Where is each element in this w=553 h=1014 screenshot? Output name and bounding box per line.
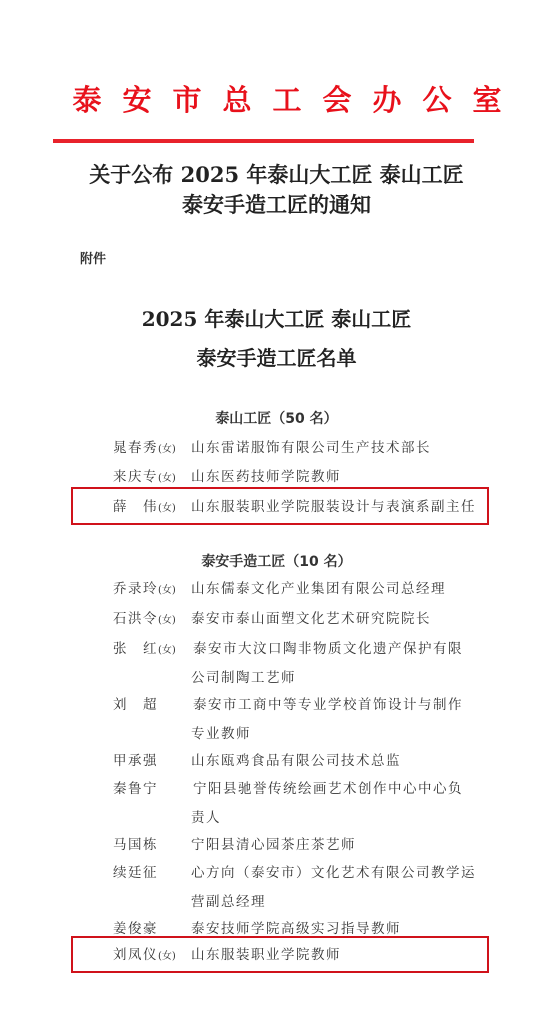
- person-title-continued: 专业教师: [191, 724, 251, 744]
- attachment-label: 附件: [80, 248, 106, 267]
- person-name: 张 红(女): [113, 639, 183, 661]
- list-item: 张 红(女) 泰安市大汶口陶非物质文化遗产保护有限: [113, 639, 183, 661]
- list-item: 晁春秀(女) 山东雷诺服饰有限公司生产技术部长: [113, 438, 183, 460]
- list-item: 石洪令(女) 泰安市泰山面塑文化艺术研究院院长: [113, 609, 183, 631]
- list-item-highlighted: 刘凤仪(女) 山东服装职业学院教师: [113, 945, 183, 967]
- person-name: 马国栋: [113, 835, 183, 855]
- section-heading-taishan-craftsman: 泰山工匠（50 名）: [0, 408, 553, 428]
- list-title-line1: 2025 年泰山大工匠 泰山工匠: [0, 304, 553, 334]
- person-name: 刘 超: [113, 695, 183, 715]
- notice-title-line1: 关于公布 2025 年泰山大工匠 泰山工匠: [0, 160, 553, 190]
- person-title: 宁阳县清心园茶庄茶艺师: [191, 835, 356, 855]
- person-name: 薛 伟(女): [113, 497, 183, 519]
- person-name: 甲承强: [113, 751, 183, 771]
- person-name: 乔录玲(女): [113, 579, 183, 601]
- person-title: 泰安市大汶口陶非物质文化遗产保护有限: [193, 639, 463, 659]
- person-name: 来庆专(女): [113, 467, 183, 489]
- person-title: 山东医药技师学院教师: [191, 467, 341, 487]
- person-title-continued: 公司制陶工艺师: [191, 668, 296, 688]
- person-title: 泰安市工商中等专业学校首饰设计与制作: [193, 695, 463, 715]
- list-item: 来庆专(女) 山东医药技师学院教师: [113, 467, 183, 489]
- person-title: 山东服装职业学院教师: [191, 945, 341, 965]
- person-title-continued: 责人: [191, 808, 221, 828]
- list-title-line2: 泰安手造工匠名单: [0, 343, 553, 373]
- person-title: 心方向（泰安市）文化艺术有限公司教学运: [191, 863, 476, 883]
- list-item: 甲承强 山东瓯鸡食品有限公司技术总监: [113, 751, 183, 771]
- list-item: 乔录玲(女) 山东儒泰文化产业集团有限公司总经理: [113, 579, 183, 601]
- person-name: 秦鲁宁: [113, 779, 183, 799]
- person-name: 刘凤仪(女): [113, 945, 183, 967]
- list-item: 马国栋 宁阳县清心园茶庄茶艺师: [113, 835, 183, 855]
- person-title: 宁阳县驰誉传统绘画艺术创作中心中心负: [193, 779, 463, 799]
- list-item-highlighted: 薛 伟(女) 山东服装职业学院服装设计与表演系副主任: [113, 497, 183, 519]
- person-title: 山东服装职业学院服装设计与表演系副主任: [191, 497, 476, 517]
- masthead-divider: [53, 139, 474, 143]
- person-name: 晁春秀(女): [113, 438, 183, 460]
- person-title: 山东瓯鸡食品有限公司技术总监: [191, 751, 401, 771]
- person-name: 续廷征: [113, 863, 183, 883]
- section-heading-taian-handmade-craftsman: 泰安手造工匠（10 名）: [0, 551, 553, 571]
- person-name: 石洪令(女): [113, 609, 183, 631]
- person-title: 山东雷诺服饰有限公司生产技术部长: [191, 438, 431, 458]
- list-item: 刘 超 泰安市工商中等专业学校首饰设计与制作: [113, 695, 183, 715]
- masthead-title: 泰安市总工会办公室: [0, 80, 553, 120]
- person-title: 泰安市泰山面塑文化艺术研究院院长: [191, 609, 431, 629]
- person-title-continued: 营副总经理: [191, 892, 266, 912]
- notice-title-line2: 泰安手造工匠的通知: [0, 190, 553, 220]
- list-item: 续廷征 心方向（泰安市）文化艺术有限公司教学运: [113, 863, 183, 883]
- person-title: 山东儒泰文化产业集团有限公司总经理: [191, 579, 446, 599]
- list-item: 秦鲁宁 宁阳县驰誉传统绘画艺术创作中心中心负: [113, 779, 183, 799]
